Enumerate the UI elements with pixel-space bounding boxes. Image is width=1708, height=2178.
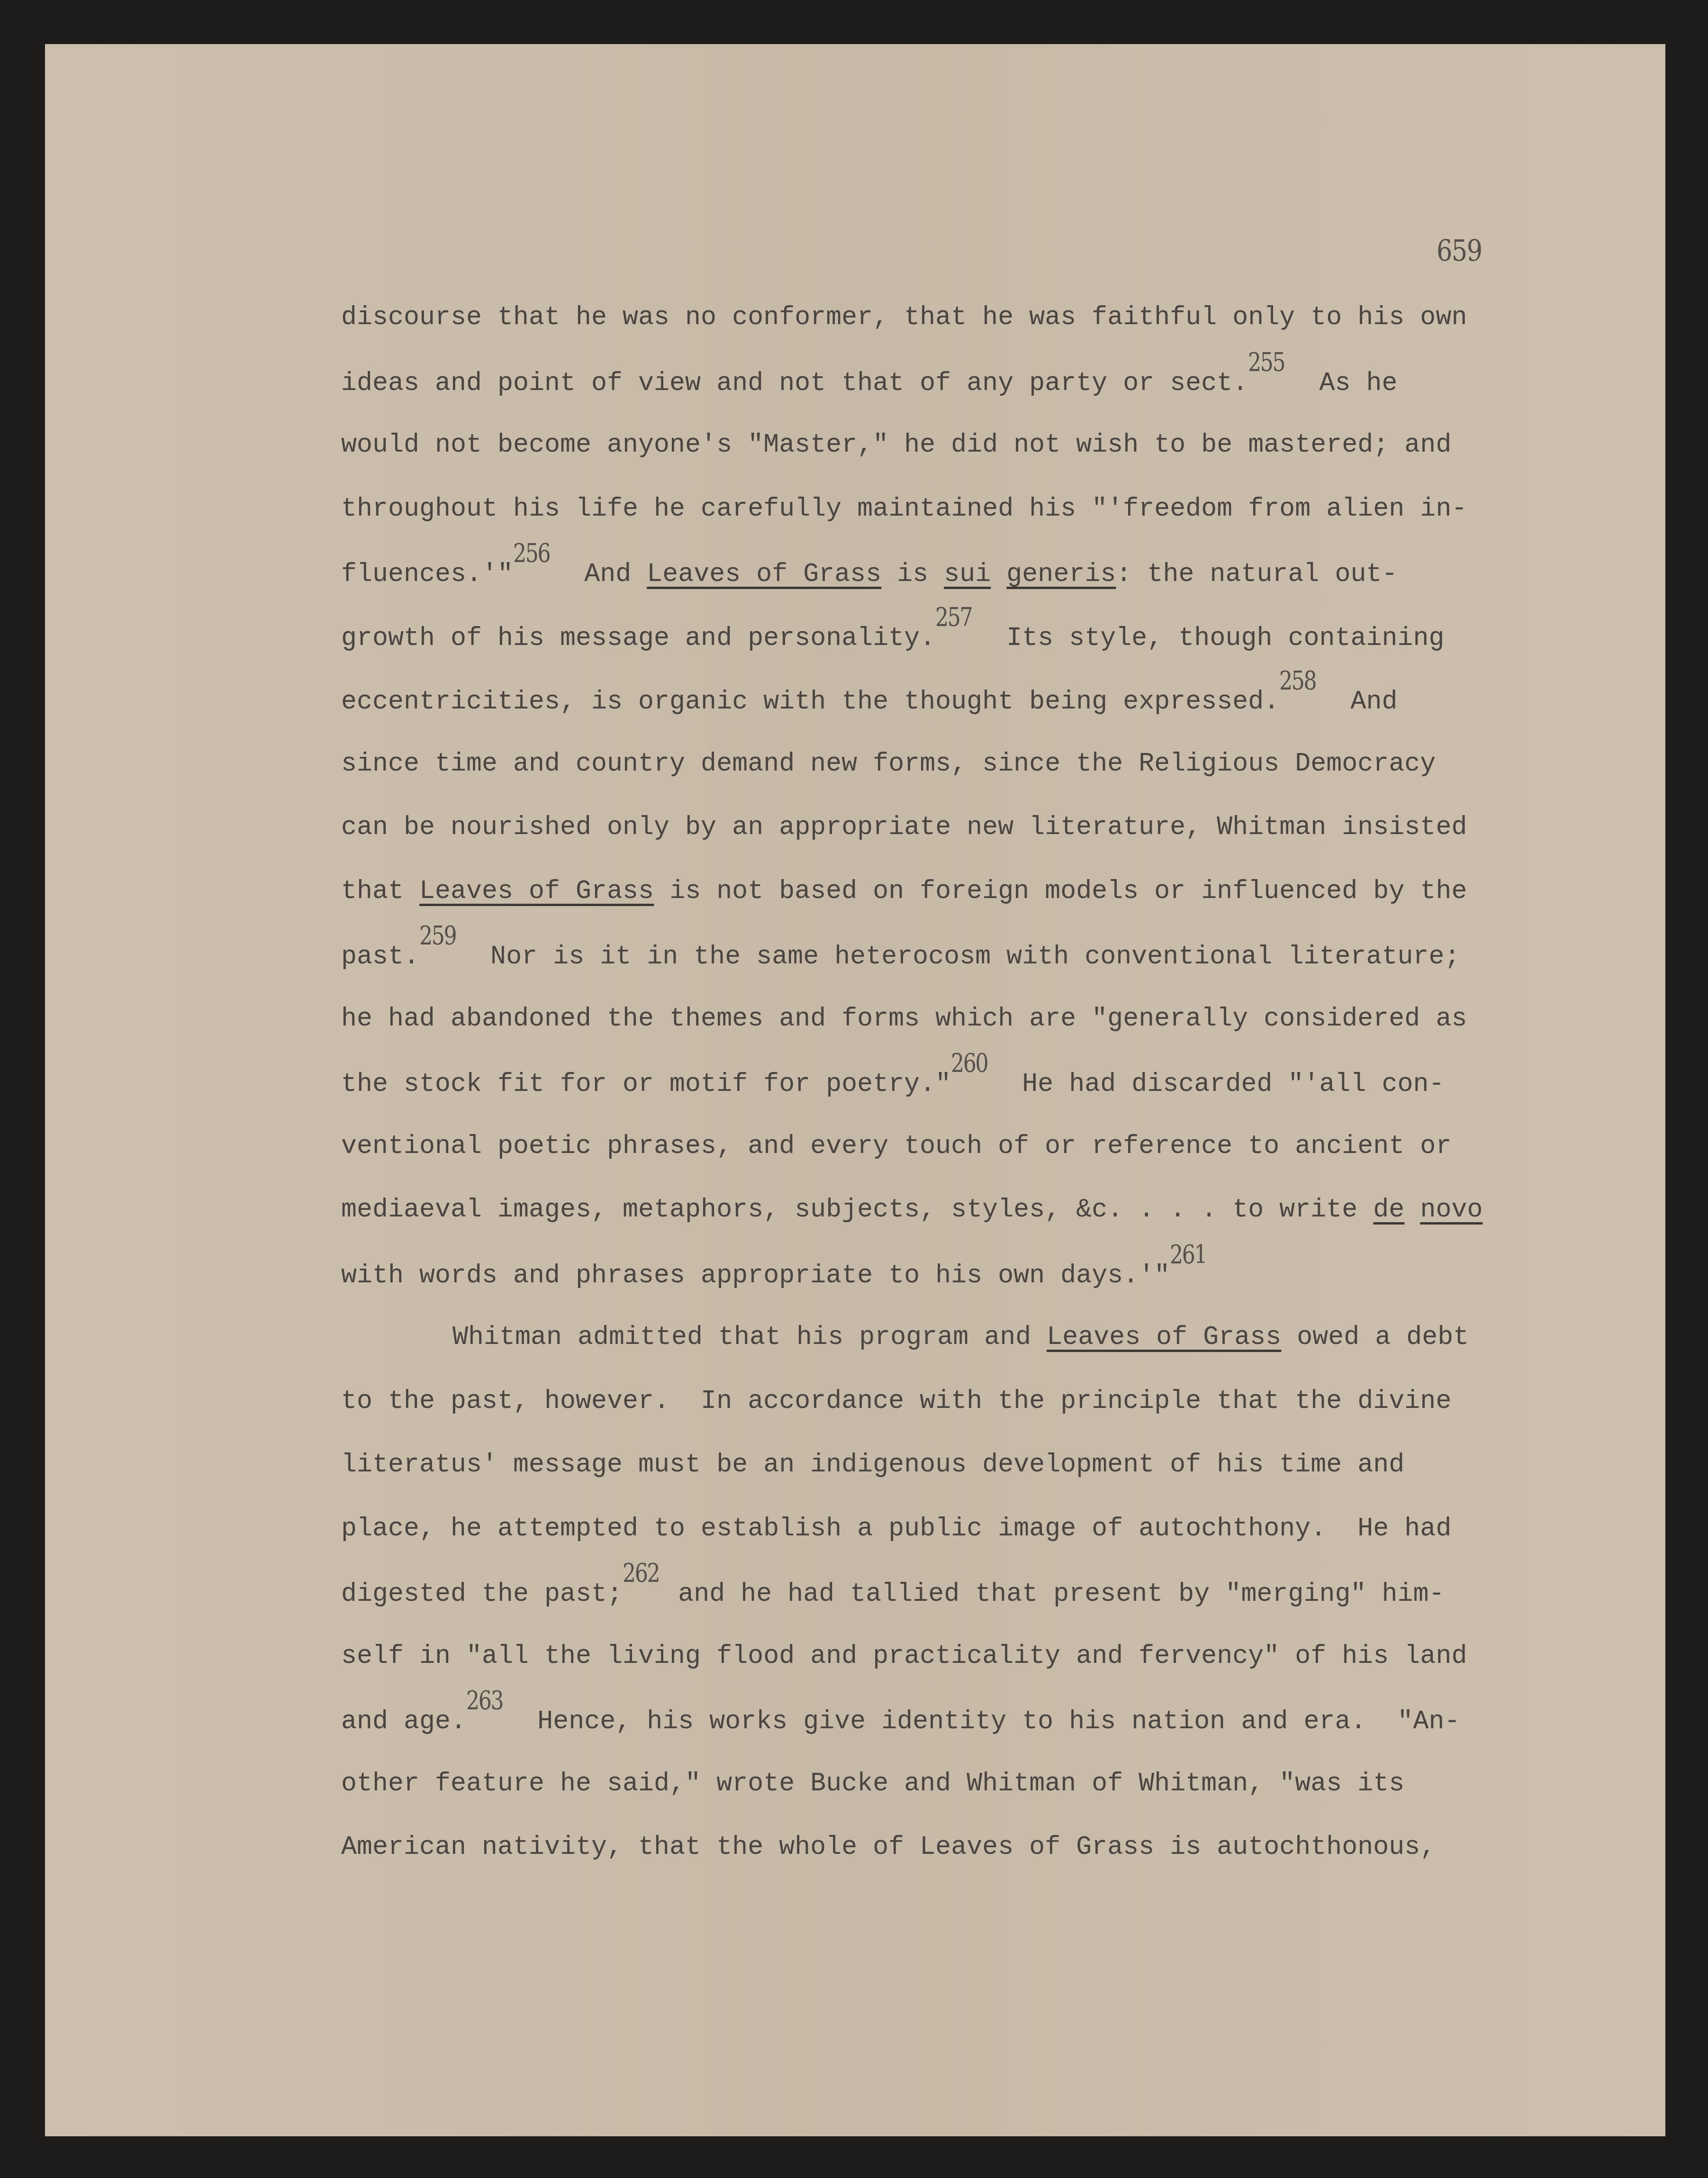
text-line: with words and phrases appropriate to hi… bbox=[341, 1260, 1210, 1290]
text-line: can be nourished only by an appropriate … bbox=[341, 813, 1467, 842]
text-run: to the past, however. In accordance with… bbox=[341, 1386, 1451, 1416]
text-run: literatus' message must be an indigenous… bbox=[341, 1450, 1404, 1479]
text-line: self in "all the living flood and practi… bbox=[341, 1642, 1467, 1670]
underlined-title: generis bbox=[1006, 559, 1116, 589]
text-run: can be nourished only by an appropriate … bbox=[341, 812, 1467, 842]
text-run: fluences.'" bbox=[341, 559, 513, 589]
text-run: American nativity, that the whole of Lea… bbox=[341, 1832, 1436, 1862]
text-run: would not become anyone's "Master," he d… bbox=[341, 430, 1451, 460]
text-run: Nor is it in the same heterocosm with co… bbox=[459, 942, 1460, 971]
text-run: place, he attempted to establish a publi… bbox=[341, 1514, 1451, 1543]
text-run: other feature he said," wrote Bucke and … bbox=[341, 1769, 1404, 1798]
text-run: he had abandoned the themes and forms wh… bbox=[341, 1004, 1467, 1034]
text-line: would not become anyone's "Master," he d… bbox=[341, 431, 1451, 459]
underlined-title: Leaves of Grass bbox=[647, 559, 881, 589]
text-run: and he had tallied that present by "merg… bbox=[662, 1579, 1444, 1609]
text-line: past.259 Nor is it in the same heterocos… bbox=[341, 941, 1460, 971]
text-run: is not based on foreign models or influe… bbox=[654, 876, 1467, 906]
text-run bbox=[991, 559, 1006, 589]
underlined-title: novo bbox=[1420, 1195, 1482, 1225]
text-run: self in "all the living flood and practi… bbox=[341, 1641, 1467, 1671]
text-run: that bbox=[341, 876, 419, 906]
text-line: fluences.'"256 And Leaves of Grass is su… bbox=[341, 558, 1398, 589]
text-line: digested the past;262 and he had tallied… bbox=[341, 1578, 1444, 1608]
text-line: literatus' message must be an indigenous… bbox=[341, 1451, 1404, 1479]
footnote-marker: 256 bbox=[513, 539, 550, 568]
text-line: throughout his life he carefully maintai… bbox=[341, 495, 1467, 523]
text-run: As he bbox=[1288, 368, 1397, 398]
footnote-marker: 260 bbox=[951, 1049, 987, 1078]
text-run: is bbox=[881, 559, 944, 589]
text-run: past. bbox=[341, 942, 419, 971]
text-run: eccentricities, is organic with the thou… bbox=[341, 687, 1279, 717]
text-line: ventional poetic phrases, and every touc… bbox=[341, 1132, 1451, 1161]
text-run: discourse that he was no conformer, that… bbox=[341, 302, 1467, 332]
text-line: to the past, however. In accordance with… bbox=[341, 1387, 1451, 1416]
footnote-marker: 258 bbox=[1279, 667, 1316, 695]
text-line: discourse that he was no conformer, that… bbox=[341, 303, 1467, 332]
text-line: place, he attempted to establish a publi… bbox=[341, 1515, 1451, 1543]
text-line: the stock fit for or motif for poetry."2… bbox=[341, 1068, 1444, 1098]
text-line: eccentricities, is organic with the thou… bbox=[341, 686, 1397, 716]
text-line: growth of his message and personality.25… bbox=[341, 622, 1444, 653]
text-run: Hence, his works give identity to his na… bbox=[506, 1706, 1460, 1736]
underlined-title: Leaves of Grass bbox=[419, 876, 654, 906]
text-run: throughout his life he carefully maintai… bbox=[341, 494, 1467, 524]
text-line: since time and country demand new forms,… bbox=[341, 750, 1436, 778]
text-run: ventional poetic phrases, and every touc… bbox=[341, 1131, 1451, 1161]
footnote-marker: 257 bbox=[935, 603, 972, 632]
text-run: ideas and point of view and not that of … bbox=[341, 368, 1248, 398]
underlined-title: Leaves of Grass bbox=[1047, 1322, 1281, 1352]
text-line: mediaeval images, metaphors, subjects, s… bbox=[341, 1196, 1482, 1224]
footnote-marker: 262 bbox=[623, 1559, 659, 1588]
text-run: growth of his message and personality. bbox=[341, 623, 935, 653]
text-run: : the natural out- bbox=[1116, 559, 1397, 589]
text-run: with words and phrases appropriate to hi… bbox=[341, 1261, 1170, 1290]
footnote-marker: 255 bbox=[1248, 348, 1284, 377]
text-line: that Leaves of Grass is not based on for… bbox=[341, 877, 1467, 906]
text-run: owed a debt bbox=[1281, 1322, 1469, 1352]
text-run: mediaeval images, metaphors, subjects, s… bbox=[341, 1195, 1373, 1225]
text-line: American nativity, that the whole of Lea… bbox=[341, 1833, 1436, 1861]
text-run: the stock fit for or motif for poetry." bbox=[341, 1069, 951, 1099]
text-run: Whitman admitted that his program and bbox=[452, 1322, 1047, 1352]
text-run: He had discarded "'all con- bbox=[991, 1069, 1444, 1099]
text-run: Its style, though containing bbox=[975, 623, 1444, 653]
text-line: other feature he said," wrote Bucke and … bbox=[341, 1770, 1404, 1798]
text-line: and age.263 Hence, his works give identi… bbox=[341, 1706, 1460, 1736]
underlined-title: sui bbox=[944, 559, 991, 589]
footnote-marker: 261 bbox=[1170, 1241, 1206, 1269]
footnote-marker: 259 bbox=[419, 922, 456, 950]
text-run: And bbox=[1319, 687, 1397, 717]
paragraph-start-line: Whitman admitted that his program and Le… bbox=[452, 1323, 1469, 1352]
text-run bbox=[1404, 1195, 1420, 1225]
footnote-marker: 263 bbox=[466, 1687, 503, 1715]
text-run: and age. bbox=[341, 1706, 466, 1736]
underlined-title: de bbox=[1373, 1195, 1404, 1225]
text-line: he had abandoned the themes and forms wh… bbox=[341, 1005, 1467, 1033]
page-number: 659 bbox=[1437, 233, 1482, 268]
text-line: ideas and point of view and not that of … bbox=[341, 367, 1397, 398]
text-run: And bbox=[553, 559, 647, 589]
text-run: digested the past; bbox=[341, 1579, 623, 1609]
text-run: since time and country demand new forms,… bbox=[341, 749, 1436, 779]
